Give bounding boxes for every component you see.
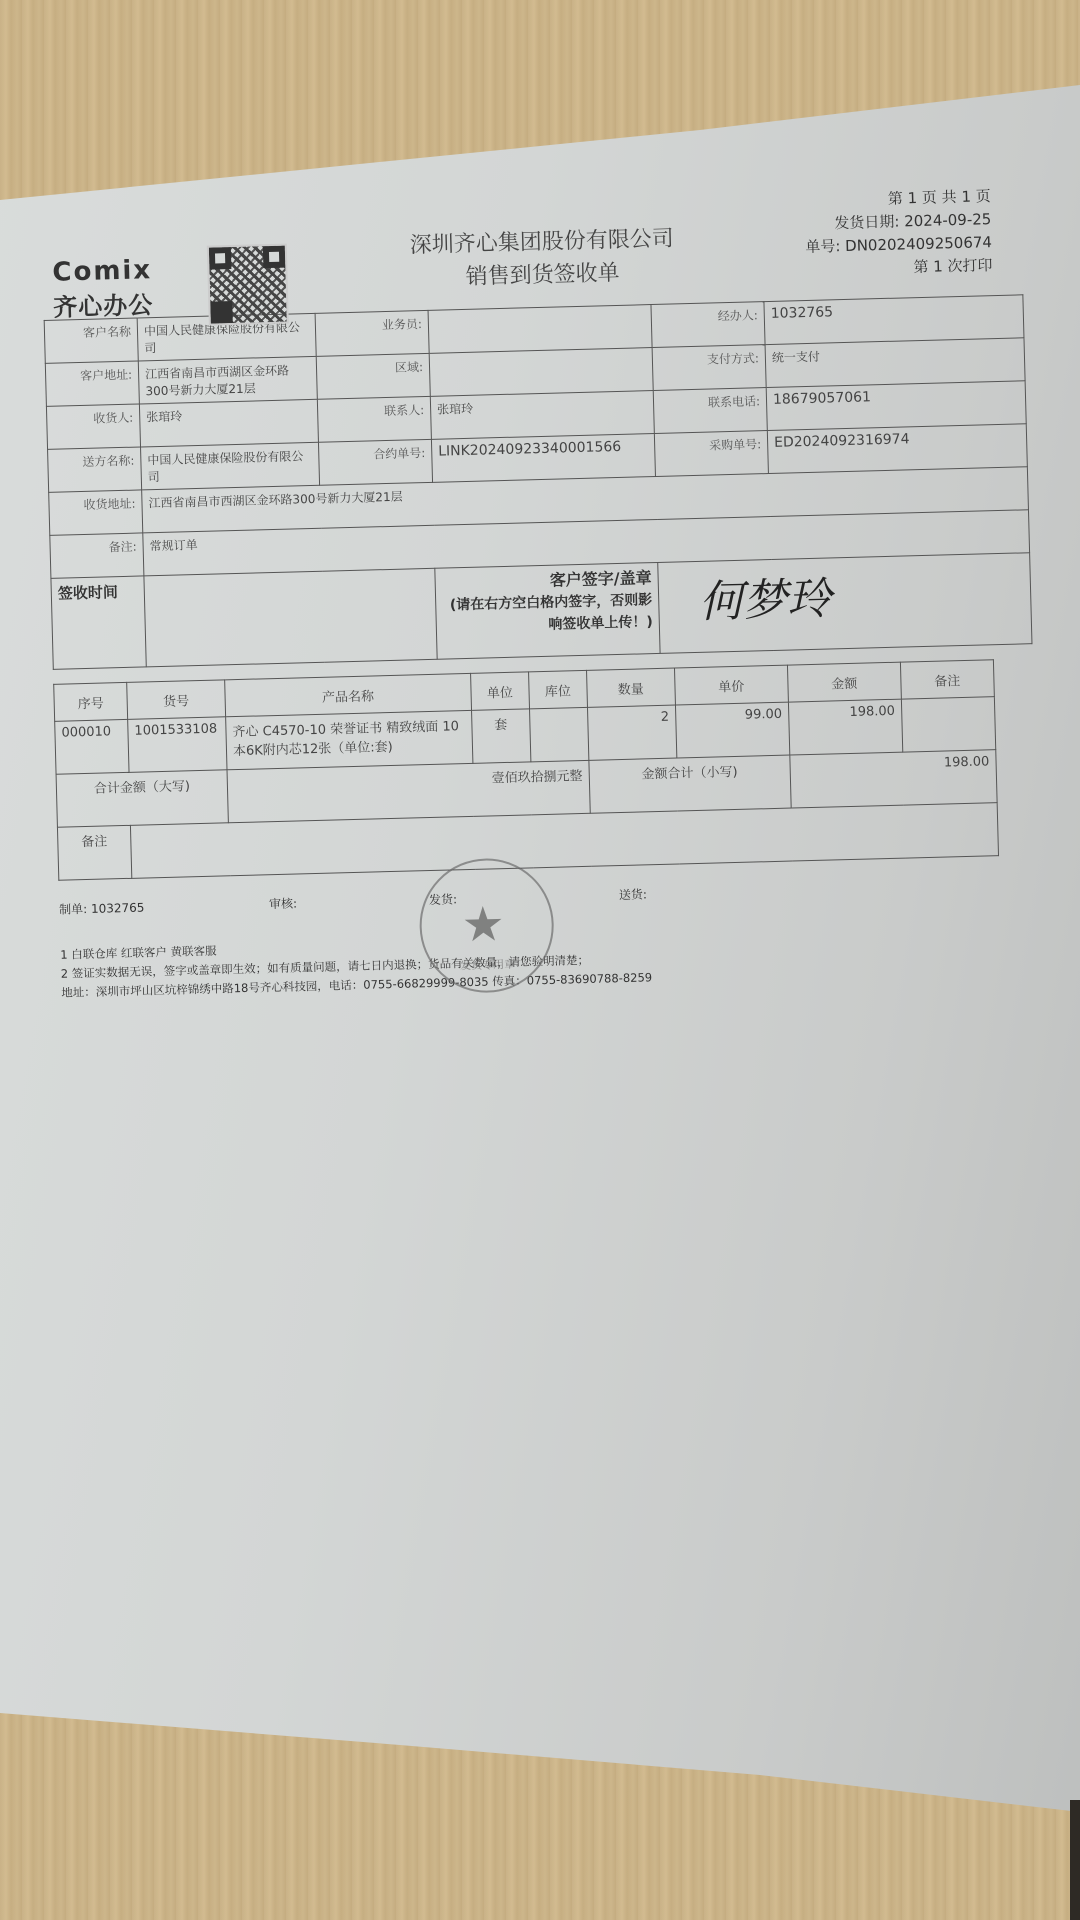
party-name-label: 送方名称:	[48, 447, 142, 492]
company-logo: Comix 齐心办公	[52, 255, 154, 323]
customer-address: 江西省南昌市西湖区金环路300号新力大厦21层	[138, 356, 317, 404]
sign-instructions: 客户签字/盖章 (请在右方空白格内签字，否则影响签收单上传！)	[435, 562, 660, 659]
item-seq: 000010	[55, 719, 129, 774]
document-header: Comix 齐心办公 深圳齐心集团股份有限公司 销售到货签收单 第 1 页 共 …	[40, 154, 1023, 320]
purchase-label: 采购单号:	[654, 431, 768, 477]
qr-code-icon	[207, 244, 289, 326]
table-edge-shadow	[1070, 1800, 1080, 1920]
maker-value: 1032765	[91, 901, 145, 916]
document-meta: 第 1 页 共 1 页 发货日期: 2024-09-25 单号: DN02024…	[804, 185, 993, 282]
item-quantity: 2	[587, 705, 676, 760]
col-unit: 单位	[470, 672, 529, 711]
item-sku: 1001533108	[128, 717, 227, 773]
col-product-name: 产品名称	[225, 673, 472, 716]
item-note	[901, 697, 995, 752]
total-lower-label: 金额合计（小写)	[589, 755, 791, 813]
handler-label: 经办人:	[651, 302, 765, 348]
contact: 张琯玲	[430, 391, 654, 440]
contact-label: 联系人:	[317, 396, 431, 442]
phone: 18679057061	[766, 381, 1026, 431]
total-upper-label: 合计金额（大写)	[56, 770, 228, 827]
col-unit-price: 单价	[674, 665, 788, 705]
handler: 1032765	[764, 295, 1024, 345]
payment-label: 支付方式:	[652, 345, 766, 391]
region	[429, 348, 653, 397]
item-amount: 198.00	[788, 699, 902, 755]
logo-english: Comix	[52, 255, 153, 288]
ship-address-label: 收货地址:	[49, 490, 143, 535]
col-seq: 序号	[54, 682, 128, 721]
item-name: 齐心 C4570-10 荣誉证书 精致绒面 10本6K附内芯12张（单位:套)	[226, 710, 473, 769]
order-number-label: 单号:	[805, 237, 841, 256]
receiver: 张琯玲	[139, 399, 318, 447]
item-unit-price: 99.00	[675, 702, 789, 758]
delivery-receipt: Comix 齐心办公 深圳齐心集团股份有限公司 销售到货签收单 第 1 页 共 …	[40, 154, 1041, 1002]
col-sku: 货号	[127, 680, 226, 720]
contract-number: LINK20240923340001566	[431, 434, 655, 483]
customer-info-table: 客户名称 中国人民健康保险股份有限公司 业务员: 经办人: 1032765 客户…	[44, 294, 1033, 670]
sign-time	[144, 568, 437, 667]
customer-signature: 何梦玲	[658, 553, 1032, 654]
sign-time-label: 签收时间	[51, 576, 146, 669]
review-label: 审核:	[269, 891, 429, 912]
col-note: 备注	[900, 660, 994, 699]
salesperson	[428, 305, 652, 354]
document-title: 深圳齐心集团股份有限公司 销售到货签收单	[381, 221, 703, 293]
party-name: 中国人民健康保险股份有限公司	[141, 442, 320, 490]
star-icon: ★	[461, 896, 505, 953]
maker-label: 制单:	[59, 900, 87, 918]
remark-label: 备注:	[50, 533, 144, 578]
contract-label: 合约单号:	[318, 439, 432, 485]
logo-chinese: 齐心办公	[53, 285, 154, 323]
purchase-number: ED2024092316974	[767, 424, 1027, 474]
col-amount: 金额	[787, 662, 901, 702]
col-location: 库位	[528, 670, 587, 709]
stamp-text: 发货专用章	[432, 955, 542, 974]
doc-type: 销售到货签收单	[382, 254, 703, 293]
ship-date-value: 2024-09-25	[904, 210, 992, 230]
customer-address-label: 客户地址:	[45, 361, 139, 406]
items-table: 序号 货号 产品名称 单位 库位 数量 单价 金额 备注 000010 1001…	[53, 659, 999, 881]
salesperson-label: 业务员:	[315, 310, 429, 356]
col-quantity: 数量	[586, 668, 675, 707]
receiver-label: 收货人:	[46, 404, 140, 449]
ship-date-label: 发货日期:	[834, 213, 900, 233]
item-location	[529, 707, 588, 762]
payment-method: 统一支付	[765, 338, 1025, 388]
phone-label: 联系电话:	[653, 388, 767, 434]
region-label: 区域:	[316, 353, 430, 399]
print-count: 第 1 次打印	[806, 254, 993, 282]
item-unit: 套	[471, 709, 530, 764]
deliver-label: 送货:	[619, 885, 647, 903]
order-number-value: DN0202409250674	[845, 233, 992, 255]
customer-name-label: 客户名称	[44, 318, 138, 363]
maker: 制单: 1032765	[59, 895, 269, 917]
sign-hint: (请在右方空白格内签字，否则影响签收单上传！)	[442, 589, 653, 638]
total-upper: 壹佰玖拾捌元整	[227, 760, 590, 822]
items-remark-label: 备注	[57, 825, 131, 880]
total-lower: 198.00	[790, 750, 997, 808]
